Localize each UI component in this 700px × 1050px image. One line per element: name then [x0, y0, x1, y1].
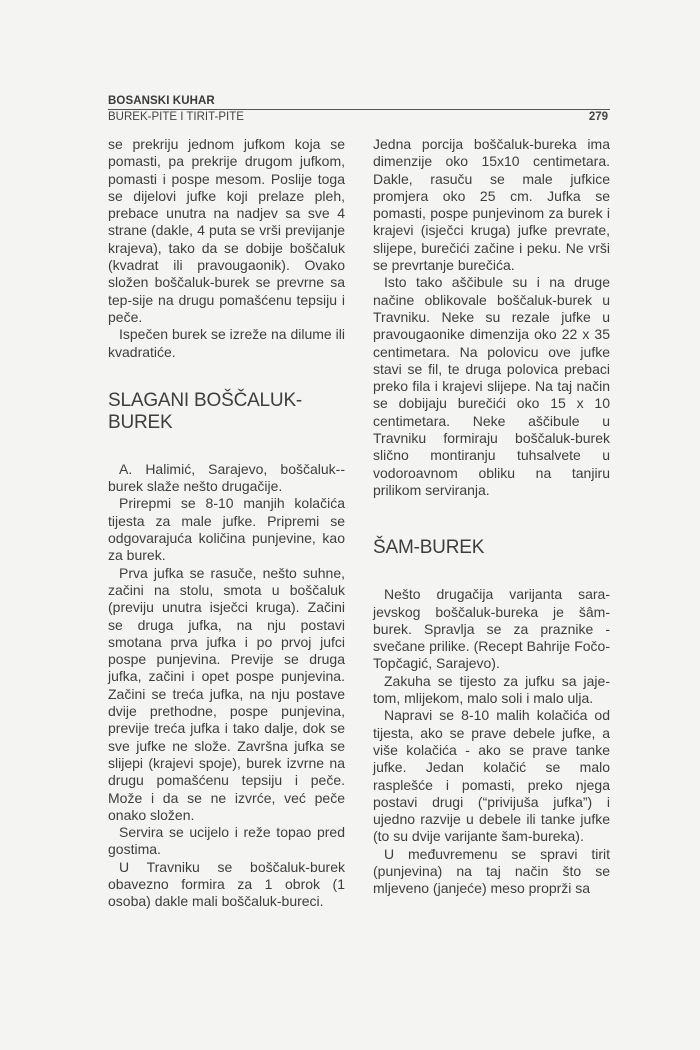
running-head: BOSANSKI KUHAR BUREK-PITE I TIRIT-PITE 2… — [108, 95, 610, 124]
text-columns: se prekriju jednom jufkom koja se pomast… — [108, 136, 610, 911]
paragraph: Napravi se 8-10 malih kolačića od tijest… — [373, 707, 610, 845]
paragraph: Isto tako aščibule su i na druge načine … — [373, 274, 610, 499]
chapter-title: BUREK-PITE I TIRIT-PITE — [108, 110, 244, 124]
paragraph: Zakuha se tijesto za jufku sa jaje-tom, … — [373, 673, 610, 708]
left-column: se prekriju jednom jufkom koja se pomast… — [108, 136, 345, 911]
book-page: BOSANSKI KUHAR BUREK-PITE I TIRIT-PITE 2… — [108, 95, 610, 911]
paragraph: Prva jufka se rasuče, nešto suhne, začin… — [108, 565, 345, 824]
paragraph: U međuvremenu se spravi tirit (punjevina… — [373, 846, 610, 898]
right-column: Jedna porcija boščaluk-bureka ima dimenz… — [373, 136, 610, 911]
paragraph: Ispečen burek se izreže na dilume ili kv… — [108, 326, 345, 361]
paragraph: Nešto drugačija varijanta sara-jevskog b… — [373, 586, 610, 672]
paragraph: Prirepmi se 8-10 manjih kolačića tijesta… — [108, 495, 345, 564]
section-title: ŠAM-BUREK — [373, 537, 610, 559]
paragraph: se prekriju jednom jufkom koja se pomast… — [108, 136, 345, 326]
paragraph: U Travniku se boščaluk-burek obavezno fo… — [108, 859, 345, 911]
chapter-line: BUREK-PITE I TIRIT-PITE 279 — [108, 110, 610, 124]
paragraph: Servira se ucijelo i reže topao pred gos… — [108, 824, 345, 859]
paragraph: Jedna porcija boščaluk-bureka ima dimenz… — [373, 136, 610, 274]
paragraph: A. Halimić, Sarajevo, boščaluk--burek sl… — [108, 461, 345, 496]
book-title: BOSANSKI KUHAR — [108, 95, 610, 108]
section-title: SLAGANI BOŠČALUK-BUREK — [108, 390, 345, 434]
page-number: 279 — [589, 110, 610, 124]
